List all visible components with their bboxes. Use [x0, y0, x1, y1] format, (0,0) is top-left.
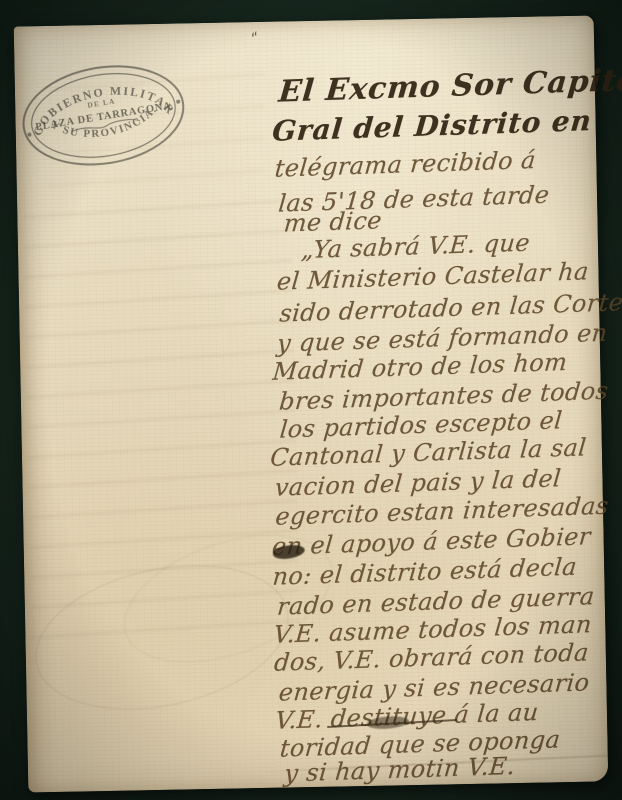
manuscript-line: Gral del Distrito en	[271, 107, 593, 146]
manuscript-line: me dice	[283, 208, 383, 235]
manuscript-page: „ GOBIERNO MILITAR Y SU PROVINCIA. DE LA…	[14, 16, 609, 793]
manuscript-line: „Ya sabrá V.E. que	[300, 231, 531, 263]
stamp-left-dot	[27, 132, 32, 137]
manuscript-line: telégrama recibido á	[274, 148, 537, 181]
stamp-right-dot	[176, 99, 181, 104]
photo-frame: „ GOBIERNO MILITAR Y SU PROVINCIA. DE LA…	[0, 0, 622, 800]
manuscript-line: energia y si es necesario	[278, 670, 591, 704]
manuscript-line: El Excmo Sor Capitan	[277, 65, 622, 108]
manuscript-line: el Ministerio Castelar ha	[276, 259, 590, 293]
manuscript-line: y si hay motin V.E.	[283, 754, 516, 786]
ink-mark: „	[249, 29, 263, 49]
